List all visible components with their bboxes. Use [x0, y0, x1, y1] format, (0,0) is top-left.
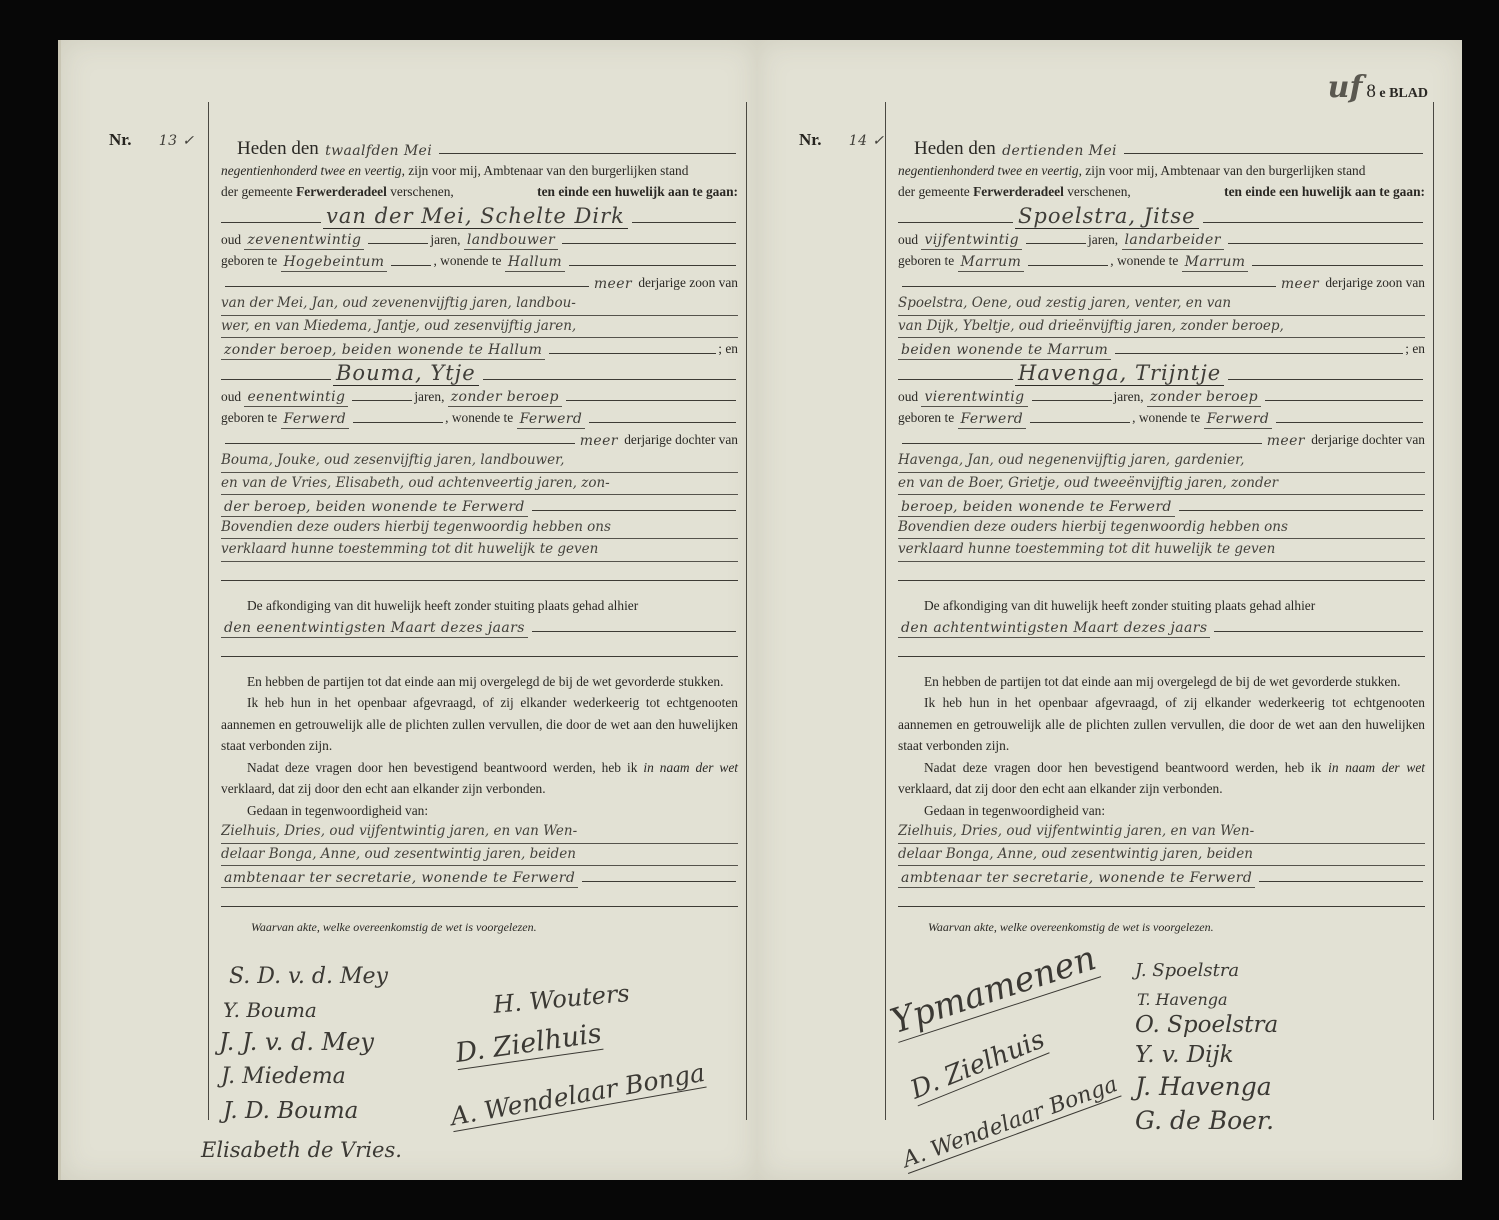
blank-rule — [221, 888, 738, 907]
residence-label: , wonende te — [445, 407, 513, 429]
proclamation-date: den achtentwintigsten Maart dezes jaars — [898, 619, 1210, 638]
heden-label: Heden den — [914, 138, 996, 160]
nr-value: 13 ✓ — [156, 133, 198, 149]
blank-rule — [898, 562, 1425, 581]
verschenen-text: verschenen, — [1067, 184, 1131, 199]
signature: D. Zielhuis — [906, 1025, 1049, 1107]
bride-birthplace: Ferwerd — [958, 410, 1027, 429]
signature: G. de Boer. — [1135, 1106, 1274, 1135]
signature: S. D. v. d. Mey — [229, 964, 388, 989]
jaren-label: jaren, — [1114, 386, 1144, 408]
year-text: negentienhonderd twee en veertig — [221, 160, 402, 182]
witness-line: ambtenaar ter secretarie, wonende te Fer… — [898, 869, 1255, 888]
signature: J. Miedema — [221, 1064, 346, 1089]
groom-meer: meer — [591, 275, 635, 293]
bride-parents-line: en van de Vries, Elisabeth, oud achtenve… — [221, 473, 738, 496]
oud-label: oud — [221, 386, 241, 408]
groom-birthplace: Hogebeintum — [281, 253, 388, 272]
purpose-text: ten einde een huwelijk aan te gaan: — [537, 181, 738, 203]
groom-parents-line: zonder beroep, beiden wonende te Hallum — [221, 341, 545, 360]
gemeente-name: Ferwerderadeel — [973, 184, 1064, 199]
witness-line: ambtenaar ter secretarie, wonende te Fer… — [221, 869, 578, 888]
paragraph-vraag: Ik heb hun in het openbaar afgevraagd, o… — [898, 692, 1425, 757]
bride-parents-line: der beroep, beiden wonende te Ferwerd — [221, 498, 528, 517]
signature: J. J. v. d. Mey — [219, 1028, 374, 1056]
year-text: negentienhonderd twee en veertig — [898, 160, 1079, 182]
record-number: Nr. 13 ✓ — [109, 130, 197, 150]
zoon-label: derjarige zoon van — [1325, 272, 1425, 294]
groom-name: van der Mei, Schelte Dirk — [323, 204, 628, 229]
witness-line: Zielhuis, Dries, oud vijfentwintig jaren… — [898, 821, 1425, 844]
bride-age: vierentwintig — [921, 388, 1027, 407]
bride-meer: meer — [577, 432, 621, 450]
groom-occupation: landarbeider — [1122, 231, 1224, 250]
gedaan-text: Gedaan in tegenwoordigheid van: — [898, 800, 1425, 822]
groom-birthplace: Marrum — [958, 253, 1025, 272]
paragraph-vraag: Ik heb hun in het openbaar afgevraagd, o… — [221, 692, 738, 757]
groom-occupation: landbouwer — [464, 231, 558, 250]
intro-text: , zijn voor mij, Ambtenaar van den burge… — [1079, 160, 1366, 182]
bride-age: eenentwintig — [244, 388, 348, 407]
proclamation-date: den eenentwintigsten Maart dezes jaars — [221, 619, 528, 638]
groom-residence: Marrum — [1182, 253, 1249, 272]
gemeente-name: Ferwerderadeel — [296, 184, 387, 199]
bride-residence: Ferwerd — [1204, 410, 1273, 429]
blad-number: 8 — [1366, 81, 1376, 102]
record-content: Heden den dertienden Mei negentienhonder… — [898, 102, 1425, 938]
en-label: ; en — [1405, 338, 1425, 360]
consent-line: verklaard hunne toestemming tot dit huwe… — [221, 539, 738, 562]
oud-label: oud — [898, 386, 918, 408]
purpose-text: ten einde een huwelijk aan te gaan: — [1224, 181, 1425, 203]
signatures-area: S. D. v. d. Mey Y. Bouma J. J. v. d. Mey… — [61, 930, 757, 1170]
birthplace-label: geboren te — [898, 407, 954, 429]
bride-birthplace: Ferwerd — [281, 410, 350, 429]
blank-rule — [221, 638, 738, 657]
nr-label: Nr. — [109, 130, 132, 149]
dochter-label: derjarige dochter van — [624, 429, 738, 451]
groom-parents-line: van Dijk, Ybeltje, oud drieënvijftig jar… — [898, 316, 1425, 339]
oud-label: oud — [221, 229, 241, 251]
blad-label: e BLAD — [1379, 86, 1428, 101]
groom-meer: meer — [1278, 275, 1322, 293]
residence-label: , wonende te — [1110, 250, 1178, 272]
record-number: Nr. 14 ✓ — [799, 130, 887, 150]
consent-line: verklaard hunne toestemming tot dit huwe… — [898, 539, 1425, 562]
bride-name: Havenga, Trijntje — [1015, 361, 1224, 386]
residence-label: , wonende te — [1132, 407, 1200, 429]
bride-parents-line: Havenga, Jan, oud negenenvijftig jaren, … — [898, 450, 1425, 473]
birthplace-label: geboren te — [221, 250, 277, 272]
blank-rule — [898, 638, 1425, 657]
witness-line: delaar Bonga, Anne, oud zesentwintig jar… — [221, 844, 738, 867]
dochter-label: derjarige dochter van — [1311, 429, 1425, 451]
consent-line: Bovendien deze ouders hierbij tegenwoord… — [221, 517, 738, 540]
record-date: twaalfden Mei — [322, 142, 435, 160]
signature: J. Havenga — [1135, 1072, 1272, 1101]
signature: Elisabeth de Vries. — [201, 1138, 402, 1162]
paragraph-stukken: En hebben de partijen tot dat einde aan … — [898, 671, 1425, 693]
residence-label: , wonende te — [433, 250, 501, 272]
groom-name: Spoelstra, Jitse — [1015, 204, 1199, 229]
record-content: Heden den twaalfden Mei negentienhonderd… — [221, 102, 738, 938]
signature: H. Wouters — [492, 979, 631, 1019]
bride-meer: meer — [1264, 432, 1308, 450]
signature: J. D. Bouma — [223, 1098, 358, 1124]
bride-name: Bouma, Ytje — [333, 361, 479, 386]
blank-rule — [221, 562, 738, 581]
zoon-label: derjarige zoon van — [638, 272, 738, 294]
signature: O. Spoelstra — [1135, 1012, 1278, 1038]
afkondiging-text: De afkondiging van dit huwelijk heeft zo… — [898, 595, 1425, 617]
nr-value: 14 ✓ — [846, 133, 888, 149]
signature: Y. Bouma — [223, 998, 317, 1022]
bride-occupation: zonder beroep — [448, 388, 562, 407]
bride-occupation: zonder beroep — [1147, 388, 1261, 407]
check-mark: uf — [1328, 70, 1363, 105]
birthplace-label: geboren te — [221, 407, 277, 429]
groom-parents-line: Spoelstra, Oene, oud zestig jaren, vente… — [898, 293, 1425, 316]
jaren-label: jaren, — [1088, 229, 1118, 251]
right-page: uf8 e BLAD Nr. 14 ✓ Heden den dertienden… — [757, 40, 1462, 1180]
signature: T. Havenga — [1137, 990, 1228, 1009]
nr-label: Nr. — [799, 130, 822, 149]
bride-parents-line: en van de Boer, Grietje, oud tweeënvijft… — [898, 473, 1425, 496]
page-number: uf8 e BLAD — [1328, 70, 1428, 105]
bride-parents-line: Bouma, Jouke, oud zesenvijftig jaren, la… — [221, 450, 738, 473]
signature: Ypmamenen — [886, 938, 1101, 1043]
groom-parents-line: beiden wonende te Marrum — [898, 341, 1111, 360]
oud-label: oud — [898, 229, 918, 251]
gedaan-text: Gedaan in tegenwoordigheid van: — [221, 800, 738, 822]
en-label: ; en — [718, 338, 738, 360]
bride-residence: Ferwerd — [517, 410, 586, 429]
groom-parents-line: van der Mei, Jan, oud zevenenvijftig jar… — [221, 293, 738, 316]
groom-parents-line: wer, en van Miedema, Jantje, oud zesenvi… — [221, 316, 738, 339]
intro-text: , zijn voor mij, Ambtenaar van den burge… — [402, 160, 689, 182]
record-date: dertienden Mei — [999, 142, 1120, 160]
birthplace-label: geboren te — [898, 250, 954, 272]
paragraph-verklaring: Nadat deze vragen door hen bevestigend b… — [221, 757, 738, 800]
gemeente-label: der gemeente — [221, 184, 293, 199]
bride-parents-line: beroep, beiden wonende te Ferwerd — [898, 498, 1175, 517]
heden-label: Heden den — [237, 138, 319, 160]
signatures-area: Ypmamenen D. Zielhuis A. Wendelaar Bonga… — [757, 930, 1462, 1170]
afkondiging-text: De afkondiging van dit huwelijk heeft zo… — [221, 595, 738, 617]
signature: Y. v. Dijk — [1135, 1042, 1234, 1068]
groom-age: vijfentwintig — [921, 231, 1022, 250]
groom-age: zevenentwintig — [244, 231, 364, 250]
jaren-label: jaren, — [430, 229, 460, 251]
gemeente-label: der gemeente — [898, 184, 970, 199]
paragraph-stukken: En hebben de partijen tot dat einde aan … — [221, 671, 738, 693]
blank-rule — [898, 888, 1425, 907]
consent-line: Bovendien deze ouders hierbij tegenwoord… — [898, 517, 1425, 540]
witness-line: delaar Bonga, Anne, oud zesentwintig jar… — [898, 844, 1425, 867]
verschenen-text: verschenen, — [390, 184, 454, 199]
signature: J. Spoelstra — [1135, 960, 1239, 981]
groom-residence: Hallum — [505, 253, 565, 272]
signature: A. Wendelaar Bonga — [448, 1058, 707, 1132]
paragraph-verklaring: Nadat deze vragen door hen bevestigend b… — [898, 757, 1425, 800]
jaren-label: jaren, — [414, 386, 444, 408]
signature: D. Zielhuis — [453, 1018, 603, 1070]
left-page: Nr. 13 ✓ Heden den twaalfden Mei negenti… — [58, 40, 757, 1180]
witness-line: Zielhuis, Dries, oud vijfentwintig jaren… — [221, 821, 738, 844]
